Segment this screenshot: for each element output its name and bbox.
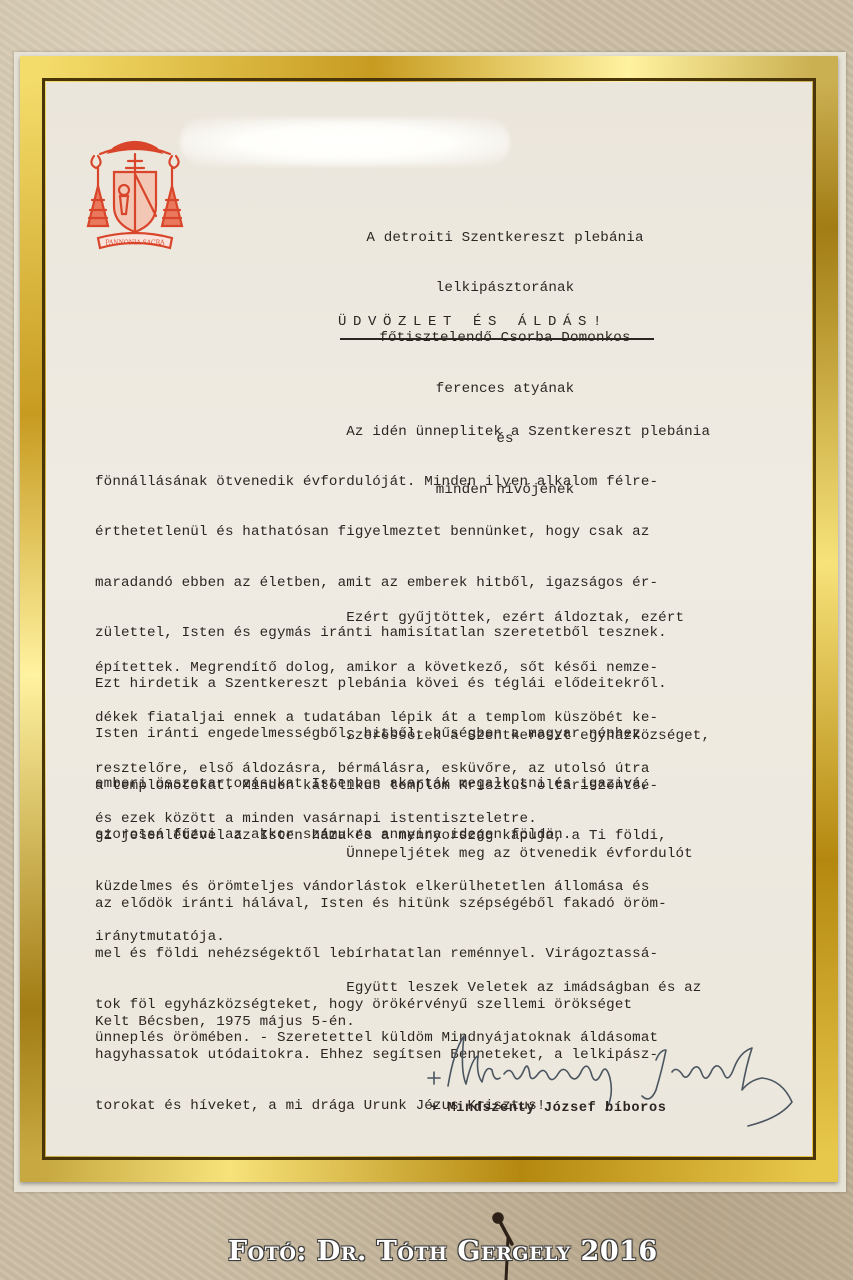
paragraph-line: Együtt leszek Veletek az imádságban és a… [95, 980, 701, 997]
paragraph-line: az elődök iránti hálával, Isten és hitün… [95, 896, 693, 913]
letter-date: Kelt Bécsben, 1975 május 5-én. [95, 1014, 355, 1031]
paragraph-line: érthetetlenül és hathatósan figyelmeztet… [95, 524, 710, 541]
light-glare [180, 118, 510, 166]
greeting-underline [340, 338, 654, 340]
paragraph-line: építettek. Megrendítő dolog, amikor a kö… [95, 660, 684, 677]
address-line: lelkipásztorának [330, 280, 680, 297]
paragraph-line: fönnállásának ötvenedik évfordulóját. Mi… [95, 474, 710, 491]
paragraph-line: Ünnepeljétek meg az ötvenedik évfordulót [95, 846, 693, 863]
paragraph-line: Ezért gyűjtöttek, ezért áldoztak, ezért [95, 610, 684, 627]
photo-credit-watermark: Fotó: Dr. Tóth Gergely 2016 [228, 1236, 828, 1267]
cardinal-coat-of-arms-icon: PANNONIA SACRA [84, 134, 186, 258]
handwritten-signature [420, 1030, 800, 1140]
paragraph-line: Szeressétek a Szentkereszt egyházközsége… [95, 728, 710, 745]
paragraph-line: a templomotokat. Minden katolikus templo… [95, 778, 710, 795]
paragraph-line: Az idén ünneplitek a Szentkereszt plebán… [95, 424, 710, 441]
letter-greeting: ÜDVÖZLET ÉS ÁLDÁS! [338, 314, 608, 331]
typed-signature: + Mindszenty József bíboros [430, 1101, 666, 1118]
address-line: A detroiti Szentkereszt plebánia [330, 230, 680, 247]
svg-text:PANNONIA SACRA: PANNONIA SACRA [106, 240, 166, 247]
